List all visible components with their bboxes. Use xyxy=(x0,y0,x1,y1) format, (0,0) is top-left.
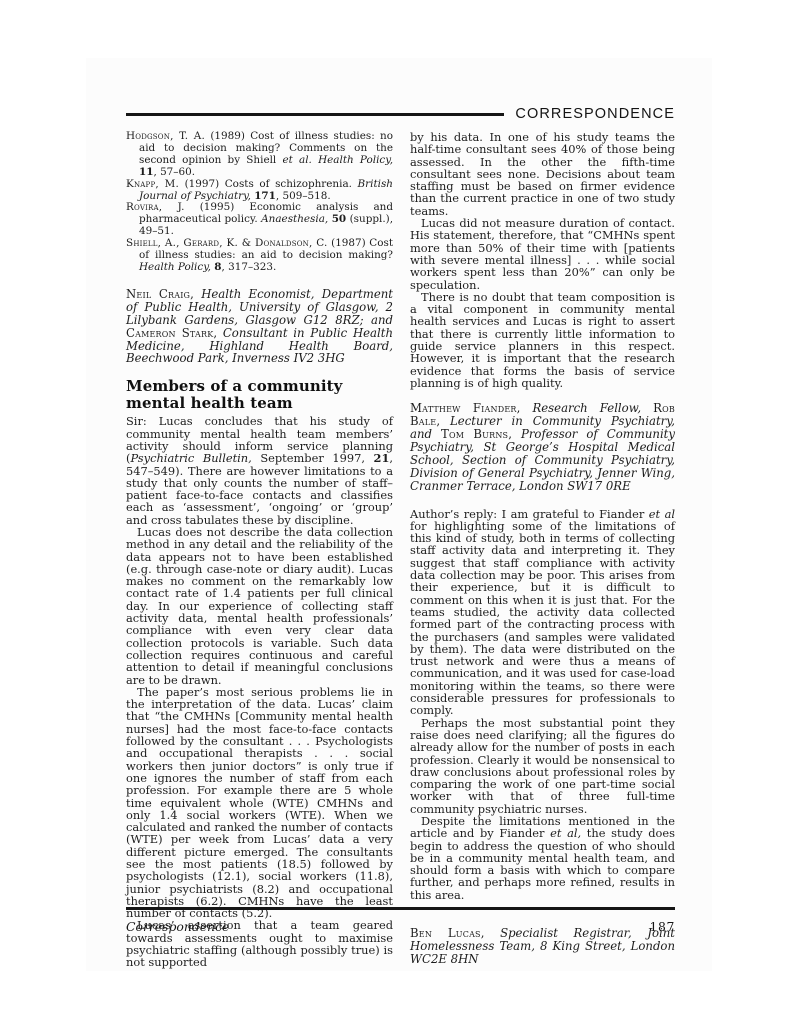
reference-item: Hodgson, T. A. (1989) Cost of illness st… xyxy=(126,131,393,179)
page-footer: Correspondence 187 xyxy=(126,907,675,934)
text-columns: Hodgson, T. A. (1989) Cost of illness st… xyxy=(126,131,675,969)
reference-list: Hodgson, T. A. (1989) Cost of illness st… xyxy=(126,131,393,274)
right-column: by his data. In one of his study teams t… xyxy=(410,131,675,969)
reply-paragraph: Perhaps the most substantial point they … xyxy=(410,717,675,815)
letter-paragraph: Lucas did not measure duration of contac… xyxy=(410,217,675,291)
page-header: CORRESPONDENCE xyxy=(126,106,675,122)
header-rule xyxy=(126,113,504,116)
letter-paragraph: Sir: Lucas concludes that his study of c… xyxy=(126,415,393,526)
footer-rule xyxy=(126,907,675,910)
letter-paragraph: Lucas does not describe the data collect… xyxy=(126,526,393,686)
author-signature-craig-stark: Neil Craig, Health Economist, Department… xyxy=(126,288,393,365)
letter-paragraph: There is no doubt that team composition … xyxy=(410,291,675,389)
section-label: CORRESPONDENCE xyxy=(515,106,675,122)
letter-paragraph: The paper’s most serious problems lie in… xyxy=(126,686,393,920)
running-title: Correspondence xyxy=(126,919,229,934)
author-signature-fiander-bale-burns: Matthew Fiander, Research Fellow, Rob Ba… xyxy=(410,402,675,492)
reference-item: Knapp, M. (1997) Costs of schizophrenia.… xyxy=(126,179,393,203)
reply-paragraph: Despite the limitations mentioned in the… xyxy=(410,815,675,901)
page-number: 187 xyxy=(650,919,675,934)
letter-title: Members of a community mental health tea… xyxy=(126,378,393,411)
reference-item: Shiell, A., Gerard, K. & Donaldson, C. (… xyxy=(126,238,393,274)
left-column: Hodgson, T. A. (1989) Cost of illness st… xyxy=(126,131,393,969)
letter-paragraph-continuation: by his data. In one of his study teams t… xyxy=(410,131,675,217)
reference-item: Rovira, J. (1995) Economic analysis and … xyxy=(126,202,393,238)
reply-paragraph: Author’s reply: I am grateful to Fiander… xyxy=(410,508,675,717)
page-content: CORRESPONDENCE Hodgson, T. A. (1989) Cos… xyxy=(126,0,675,1036)
journal-page: CORRESPONDENCE Hodgson, T. A. (1989) Cos… xyxy=(0,0,800,1036)
footer-row: Correspondence 187 xyxy=(126,919,675,934)
